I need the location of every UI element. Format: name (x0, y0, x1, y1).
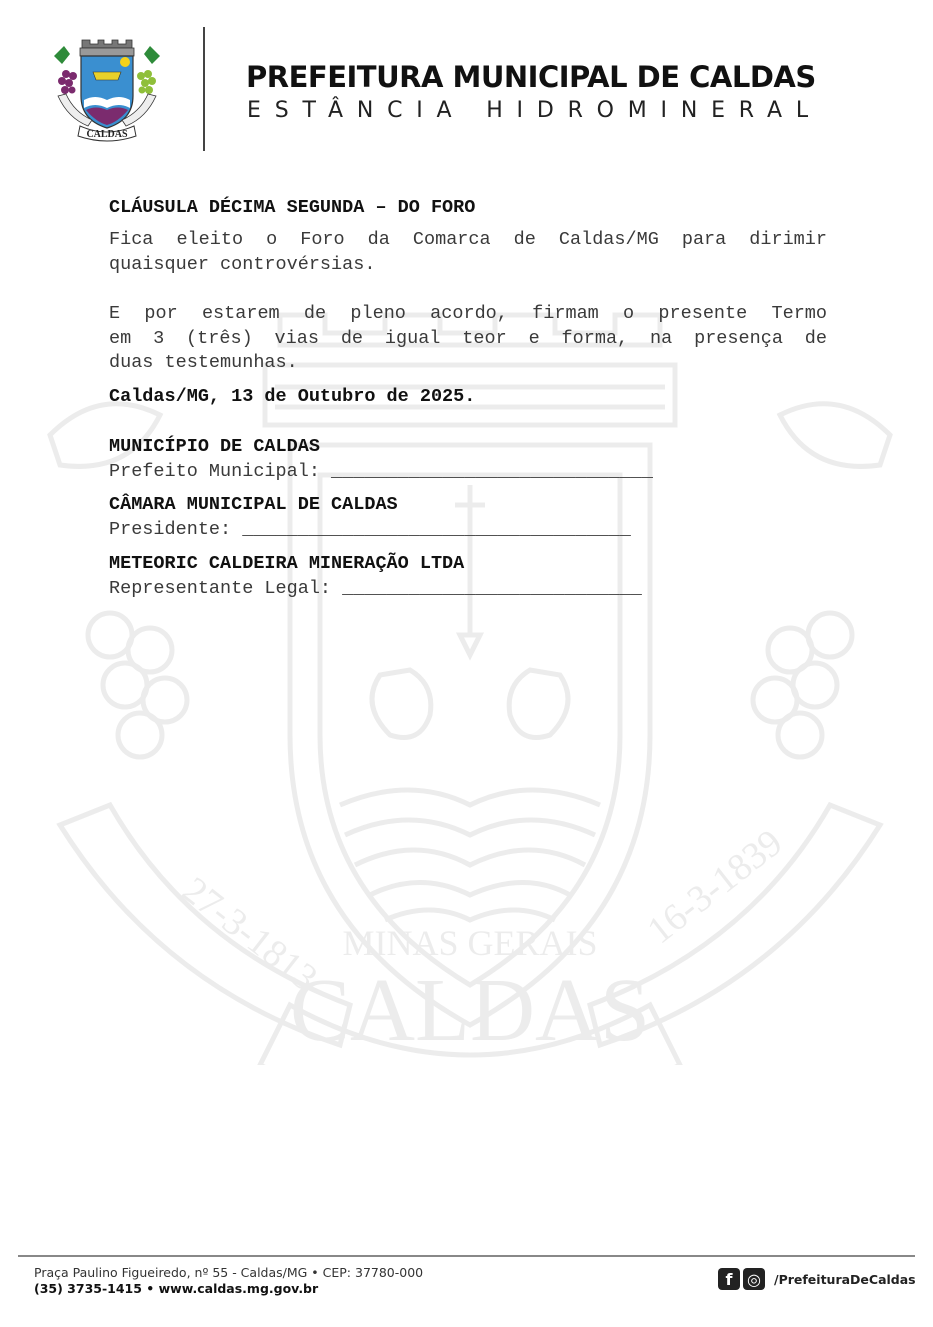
footer-address: Praça Paulino Figueiredo, nº 55 - Caldas… (34, 1265, 423, 1280)
facebook-icon[interactable]: f (718, 1268, 740, 1290)
clause-paragraph-forum: Fica eleito o Foro da Comarca de Caldas/… (109, 228, 827, 277)
paragraph-line: quaisquer controvérsias. (109, 253, 827, 278)
svg-text:27-3-1813: 27-3-1813 (174, 869, 325, 1000)
signature-entity: METEORIC CALDEIRA MINERAÇÃO LTDA (109, 552, 642, 577)
signature-entity: MUNICÍPIO DE CALDAS (109, 435, 653, 460)
paragraph-line: E por estarem de pleno acordo, firmam o … (109, 302, 827, 327)
signature-line: ___________________________________ (242, 519, 631, 540)
coat-of-arms-icon: CALDAS (48, 38, 166, 142)
footer-contact[interactable]: (35) 3735-1415 • www.caldas.mg.gov.br (34, 1281, 318, 1296)
signature-role-label: Representante Legal: (109, 578, 331, 599)
signature-field[interactable]: Presidente: ____________________________… (109, 518, 631, 543)
signature-block-meteoric: METEORIC CALDEIRA MINERAÇÃO LTDA Represe… (109, 552, 642, 601)
instagram-icon[interactable]: ◎ (743, 1268, 765, 1290)
signature-line: _____________________________ (331, 461, 653, 482)
signature-block-camara: CÂMARA MUNICIPAL DE CALDAS Presidente: _… (109, 493, 631, 542)
social-handle[interactable]: /PrefeituraDeCaldas (774, 1272, 916, 1287)
signature-line: ___________________________ (342, 578, 642, 599)
paragraph-line: duas testemunhas. (109, 351, 827, 376)
clause-paragraph-agreement: E por estarem de pleno acordo, firmam o … (109, 302, 827, 376)
paragraph-line: Fica eleito o Foro da Comarca de Caldas/… (109, 228, 827, 253)
svg-text:CALDAS: CALDAS (290, 961, 650, 1060)
header-divider (203, 27, 205, 151)
svg-text:CALDAS: CALDAS (86, 129, 128, 140)
signature-entity: CÂMARA MUNICIPAL DE CALDAS (109, 493, 631, 518)
header-subtitle: ESTÂNCIA HIDROMINERAL (247, 98, 822, 123)
date-line: Caldas/MG, 13 de Outubro de 2025. (109, 385, 475, 410)
signature-role-label: Prefeito Municipal: (109, 461, 320, 482)
paragraph-line: em 3 (três) vias de igual teor e forma, … (109, 327, 827, 352)
signature-field[interactable]: Prefeito Municipal: ____________________… (109, 460, 653, 485)
header-title: PREFEITURA MUNICIPAL DE CALDAS (246, 60, 816, 94)
signature-block-municipio: MUNICÍPIO DE CALDAS Prefeito Municipal: … (109, 435, 653, 484)
signature-role-label: Presidente: (109, 519, 231, 540)
clause-title: CLÁUSULA DÉCIMA SEGUNDA – DO FORO (109, 196, 475, 221)
svg-text:MINAS GERAIS: MINAS GERAIS (342, 923, 597, 963)
coat-of-arms-watermark-icon: 27-3-1813 16-3-1839 MINAS GERAIS CALDAS (40, 305, 900, 1065)
social-links: f ◎ /PrefeituraDeCaldas (718, 1268, 916, 1290)
svg-text:16-3-1839: 16-3-1839 (640, 822, 791, 953)
signature-field[interactable]: Representante Legal: ___________________… (109, 577, 642, 602)
footer-divider (18, 1255, 915, 1257)
